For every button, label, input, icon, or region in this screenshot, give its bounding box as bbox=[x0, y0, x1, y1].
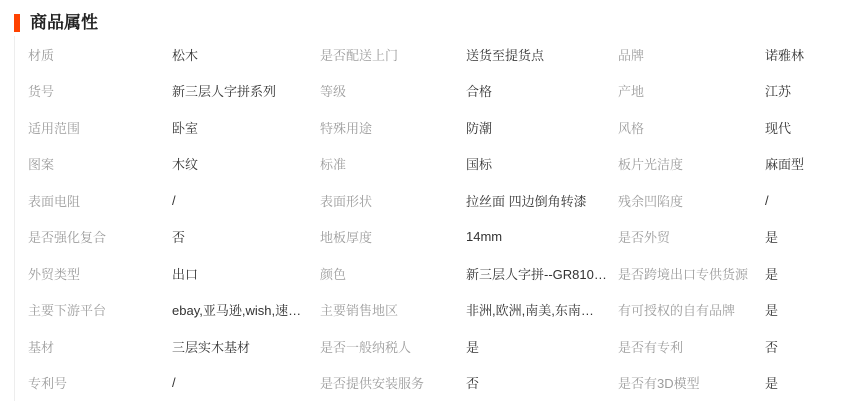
accent-bar bbox=[14, 14, 20, 32]
attr-value: / bbox=[172, 193, 320, 208]
attr-value: 是 bbox=[765, 264, 855, 283]
attr-label: 标准 bbox=[320, 154, 466, 173]
attr-value: 否 bbox=[765, 337, 855, 356]
attr-label: 是否配送上门 bbox=[320, 45, 466, 64]
attr-value: 卧室 bbox=[172, 118, 320, 137]
attr-label: 适用范围 bbox=[28, 118, 172, 137]
attr-value: 是 bbox=[765, 227, 855, 246]
attr-label: 材质 bbox=[28, 45, 172, 64]
attr-label: 是否强化复合 bbox=[28, 227, 172, 246]
attr-label: 是否外贸 bbox=[618, 227, 765, 246]
attr-value: / bbox=[172, 375, 320, 390]
attr-value: 是 bbox=[466, 337, 618, 356]
attr-value: 出口 bbox=[172, 264, 320, 283]
attributes-table: 材质松木是否配送上门送货至提货点品牌诺雅林货号新三层人字拼系列等级合格产地江苏适… bbox=[14, 36, 855, 401]
attr-value: 国标 bbox=[466, 154, 618, 173]
attr-label: 外贸类型 bbox=[28, 264, 172, 283]
attr-label: 等级 bbox=[320, 81, 466, 100]
attr-value: 木纹 bbox=[172, 154, 320, 173]
attr-label: 残余凹陷度 bbox=[618, 191, 765, 210]
attr-label: 品牌 bbox=[618, 45, 765, 64]
attr-value: 松木 bbox=[172, 45, 320, 64]
attr-label: 专利号 bbox=[28, 373, 172, 392]
attr-value: 是 bbox=[765, 373, 855, 392]
attr-label: 是否一般纳税人 bbox=[320, 337, 466, 356]
attr-label: 基材 bbox=[28, 337, 172, 356]
attr-label: 图案 bbox=[28, 154, 172, 173]
attr-label: 板片光洁度 bbox=[618, 154, 765, 173]
attr-label: 风格 bbox=[618, 118, 765, 137]
attr-value: 诺雅林 bbox=[765, 45, 855, 64]
attr-label: 是否有3D模型 bbox=[618, 373, 765, 392]
attr-value: 防潮 bbox=[466, 118, 618, 137]
attr-label: 有可授权的自有品牌 bbox=[618, 300, 765, 319]
attr-label: 货号 bbox=[28, 81, 172, 100]
attr-value: 14mm bbox=[466, 229, 618, 244]
attr-value: 合格 bbox=[466, 81, 618, 100]
attr-label: 地板厚度 bbox=[320, 227, 466, 246]
attr-label: 主要销售地区 bbox=[320, 300, 466, 319]
attr-value: 送货至提货点 bbox=[466, 45, 618, 64]
attr-label: 表面形状 bbox=[320, 191, 466, 210]
attr-value: 麻面型 bbox=[765, 154, 855, 173]
section-title: 商品属性 bbox=[30, 14, 98, 32]
attr-value: 非洲,欧洲,南美,东南… bbox=[466, 300, 618, 319]
attr-label: 是否跨境出口专供货源 bbox=[618, 264, 765, 283]
attr-value: 新三层人字拼--GR810… bbox=[466, 264, 618, 283]
attr-value: / bbox=[765, 193, 855, 208]
attr-label: 颜色 bbox=[320, 264, 466, 283]
attr-label: 是否有专利 bbox=[618, 337, 765, 356]
attr-label: 表面电阻 bbox=[28, 191, 172, 210]
product-attributes-page: 商品属性 材质松木是否配送上门送货至提货点品牌诺雅林货号新三层人字拼系列等级合格… bbox=[0, 0, 856, 405]
attr-value: 是 bbox=[765, 300, 855, 319]
attr-value: 否 bbox=[466, 373, 618, 392]
attr-label: 特殊用途 bbox=[320, 118, 466, 137]
attr-value: 现代 bbox=[765, 118, 855, 137]
attr-label: 主要下游平台 bbox=[28, 300, 172, 319]
attr-value: 江苏 bbox=[765, 81, 855, 100]
attr-value: 拉丝面 四边倒角转漆 bbox=[466, 191, 618, 210]
attr-value: 三层实木基材 bbox=[172, 337, 320, 356]
attr-value: 否 bbox=[172, 227, 320, 246]
attr-value: 新三层人字拼系列 bbox=[172, 81, 320, 100]
attr-label: 是否提供安装服务 bbox=[320, 373, 466, 392]
attr-label: 产地 bbox=[618, 81, 765, 100]
attr-value: ebay,亚马逊,wish,速… bbox=[172, 300, 320, 319]
section-header: 商品属性 bbox=[0, 0, 856, 34]
